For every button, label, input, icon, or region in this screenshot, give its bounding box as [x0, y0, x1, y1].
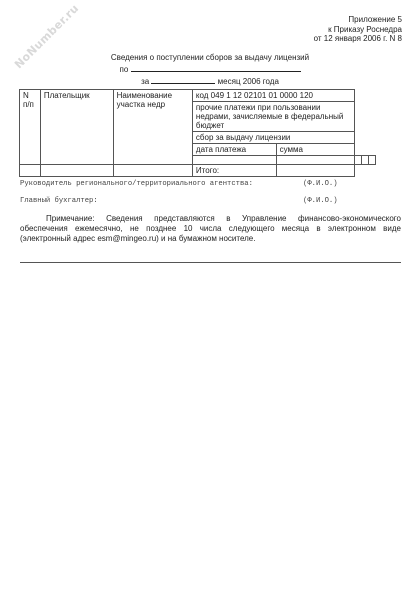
fees-table: N п/п Плательщик Наименование участка не…	[19, 89, 376, 177]
title-month-line: за месяц 2006 года	[0, 75, 420, 87]
total-row: Итого:	[20, 165, 376, 177]
title-region-prefix: по	[119, 65, 128, 74]
header-num: N п/п	[20, 90, 41, 165]
appendix-number: Приложение 5	[314, 15, 402, 25]
cell-site[interactable]	[355, 156, 362, 165]
region-blank-field[interactable]	[131, 63, 301, 72]
header-license-fee: сбор за выдачу лицензии	[192, 132, 354, 144]
head-signature-label: Руководитель регионального/территориальн…	[20, 180, 253, 188]
appendix-header: Приложение 5 к Приказу Роснедра от 12 ян…	[314, 15, 402, 44]
total-sum[interactable]	[276, 165, 354, 177]
title-region-line: по	[0, 63, 420, 75]
header-other-payments: прочие платежи при пользовании недрами, …	[192, 102, 354, 132]
note-paragraph: Примечание: Сведения представляются в Уп…	[20, 214, 401, 244]
accountant-signature-name: (Ф.И.О.)	[303, 197, 338, 205]
month-blank-field[interactable]	[151, 75, 215, 84]
total-cell-num	[20, 165, 41, 177]
total-cell-payer	[40, 165, 113, 177]
cell-sum[interactable]	[369, 156, 376, 165]
head-signature-name: (Ф.И.О.)	[303, 180, 338, 188]
appendix-date: от 12 января 2006 г. N 8	[314, 34, 402, 44]
title-month-prefix: за	[141, 77, 149, 86]
header-date: дата платежа	[192, 144, 276, 156]
accountant-signature-label: Главный бухгалтер:	[20, 197, 98, 205]
header-sum: сумма	[276, 144, 354, 156]
total-cell-site	[113, 165, 192, 177]
header-code: код 049 1 12 02101 01 0000 120	[192, 90, 354, 102]
cell-date[interactable]	[362, 156, 369, 165]
title-main: Сведения о поступлении сборов за выдачу …	[0, 52, 420, 63]
appendix-order: к Приказу Роснедра	[314, 25, 402, 35]
cell-payer[interactable]	[276, 156, 354, 165]
total-label: Итого:	[192, 165, 276, 177]
header-site: Наименование участка недр	[113, 90, 192, 165]
title-month-suffix: месяц 2006 года	[218, 77, 279, 86]
header-payer: Плательщик	[40, 90, 113, 165]
divider-line	[20, 262, 401, 263]
document-title: Сведения о поступлении сборов за выдачу …	[0, 52, 420, 87]
cell-num[interactable]	[192, 156, 276, 165]
